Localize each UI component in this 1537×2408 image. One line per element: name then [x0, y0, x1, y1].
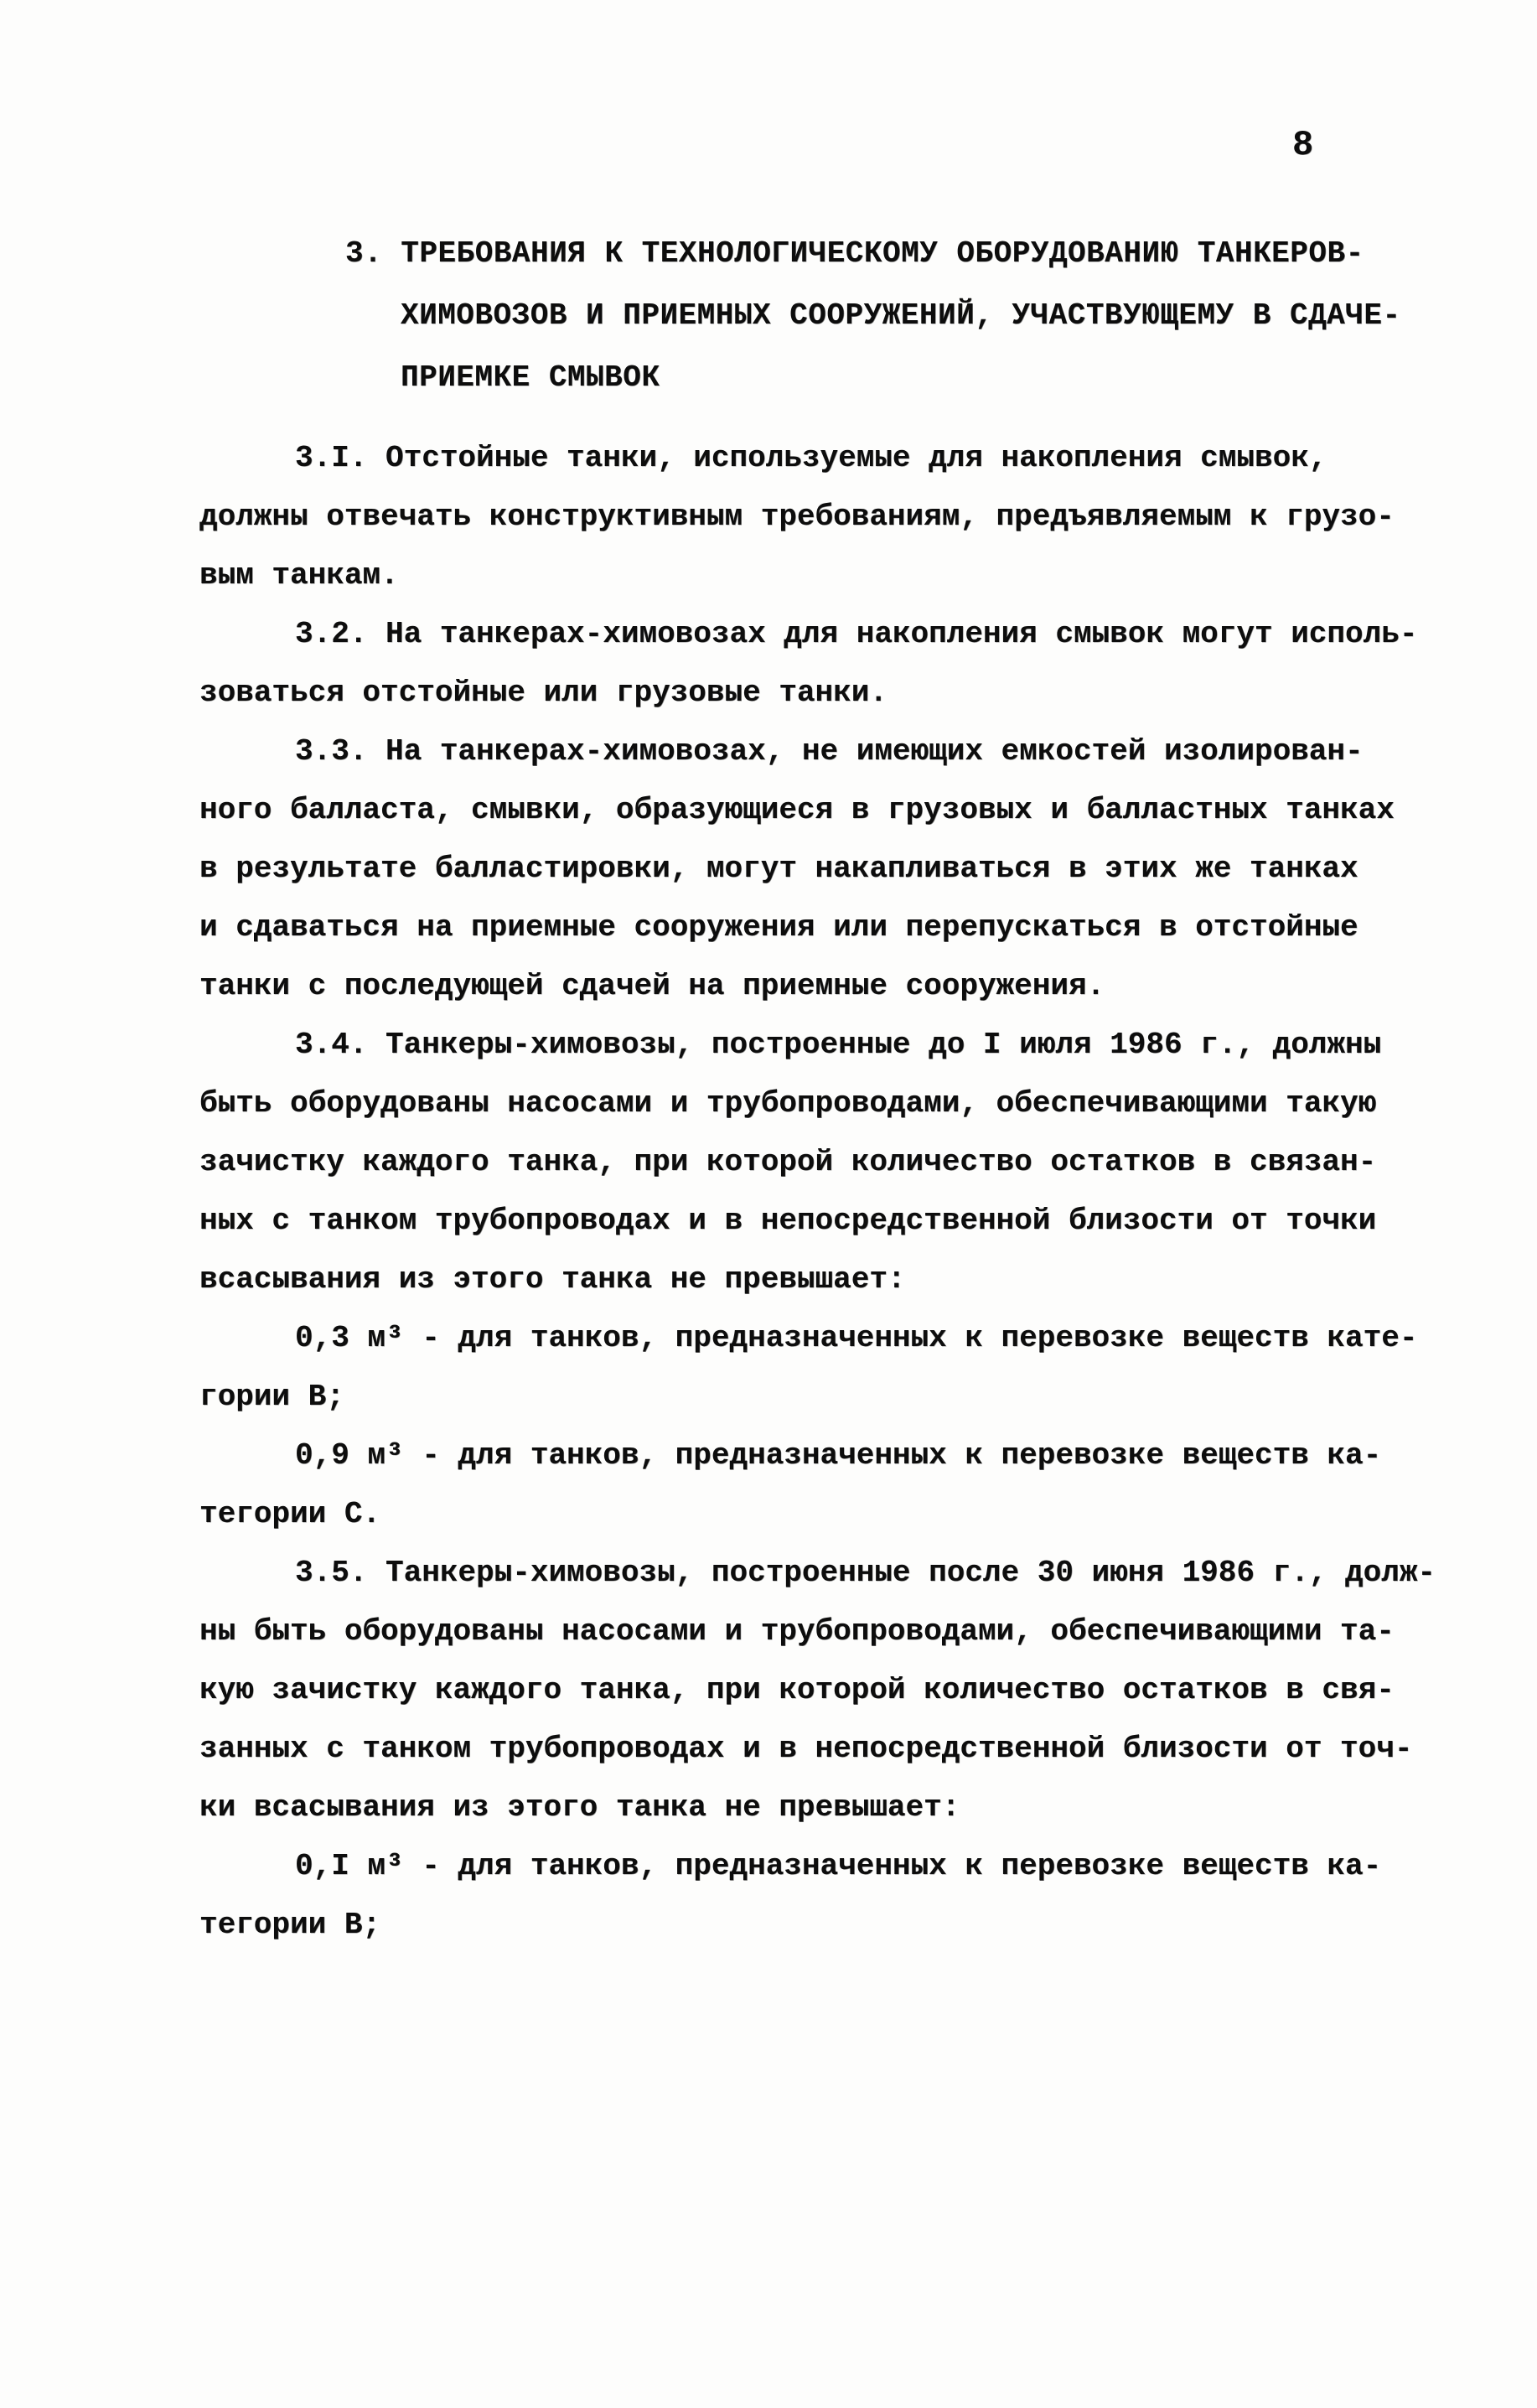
text-line: и сдаваться на приемные сооружения или п…	[199, 898, 1436, 957]
page-number: 8	[1292, 127, 1313, 163]
text-line: 3.4. Танкеры-химовозы, построенные до I …	[199, 1016, 1436, 1075]
text-line: кую зачистку каждого танка, при которой …	[199, 1661, 1436, 1720]
document-page: 8 3. ТРЕБОВАНИЯ К ТЕХНОЛОГИЧЕСКОМУ ОБОРУ…	[0, 0, 1537, 2408]
text-line: 3.3. На танкерах-химовозах, не имеющих е…	[199, 722, 1436, 781]
heading-line: ХИМОВОЗОВ И ПРИЕМНЫХ СООРУЖЕНИЙ, УЧАСТВУ…	[345, 285, 1401, 347]
section-heading: 3. ТРЕБОВАНИЯ К ТЕХНОЛОГИЧЕСКОМУ ОБОРУДО…	[345, 223, 1401, 409]
text-line: ных с танком трубопроводах и в непосредс…	[199, 1192, 1436, 1251]
text-line: 3.5. Танкеры-химовозы, построенные после…	[199, 1544, 1436, 1603]
heading-line: 3. ТРЕБОВАНИЯ К ТЕХНОЛОГИЧЕСКОМУ ОБОРУДО…	[345, 223, 1401, 285]
text-line: зоваться отстойные или грузовые танки.	[199, 664, 1436, 722]
text-line: зачистку каждого танка, при которой коли…	[199, 1133, 1436, 1192]
text-line: 3.2. На танкерах-химовозах для накоплени…	[199, 605, 1436, 664]
heading-line: ПРИЕМКЕ СМЫВОК	[345, 347, 1401, 409]
text-line: вым танкам.	[199, 546, 1436, 605]
text-line: всасывания из этого танка не превышает:	[199, 1251, 1436, 1309]
text-line: занных с танком трубопроводах и в непоср…	[199, 1720, 1436, 1779]
text-line: быть оборудованы насосами и трубопровода…	[199, 1075, 1436, 1133]
document-body: 3.I. Отстойные танки, используемые для н…	[199, 429, 1436, 1955]
text-line: 0,I м³ - для танков, предназначенных к п…	[199, 1837, 1436, 1896]
text-line: должны отвечать конструктивным требовани…	[199, 488, 1436, 546]
text-line: ки всасывания из этого танка не превышае…	[199, 1779, 1436, 1837]
text-line: тегории В;	[199, 1896, 1436, 1955]
text-line: тегории С.	[199, 1485, 1436, 1544]
text-line: гории В;	[199, 1368, 1436, 1427]
text-line: в результате балластировки, могут накапл…	[199, 840, 1436, 898]
text-line: ного балласта, смывки, образующиеся в гр…	[199, 781, 1436, 840]
text-line: танки с последующей сдачей на приемные с…	[199, 957, 1436, 1016]
text-line: 3.I. Отстойные танки, используемые для н…	[199, 429, 1436, 488]
text-line: 0,3 м³ - для танков, предназначенных к п…	[199, 1309, 1436, 1368]
text-line: ны быть оборудованы насосами и трубопров…	[199, 1603, 1436, 1661]
text-line: 0,9 м³ - для танков, предназначенных к п…	[199, 1427, 1436, 1485]
